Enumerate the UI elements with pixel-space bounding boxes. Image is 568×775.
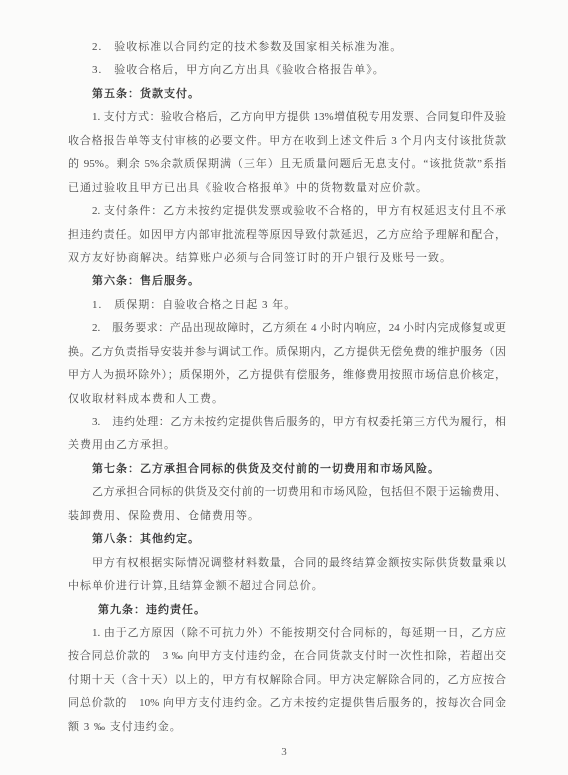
- text-line: 额 3 ‰ 支付违约金。: [68, 716, 506, 739]
- clause-heading-line: 第七条：乙方承担合同标的供货及交付前的一切费用和市场风险。: [68, 458, 506, 481]
- text-line: 3. 验收合格后，甲方向乙方出具《验收合格报告单》。: [68, 59, 506, 82]
- text-line: 2. 验收标准以合同约定的技术参数及国家相关标准为准。: [68, 36, 506, 59]
- text-line: 1. 质保期：自验收合格之日起 3 年。: [68, 294, 506, 317]
- text-line: 换。乙方负责指导安装并参与调试工作。质保期内，乙方提供无偿免费的维护服务（因: [68, 341, 506, 364]
- text-line: 关费用由乙方承担。: [68, 434, 506, 457]
- text-line: 担违约责任。如因甲方内部审批流程等原因导致付款延迟，乙方应给予理解和配合，: [68, 224, 506, 247]
- text-line: 甲方人为损坏除外）；质保期外，乙方提供有偿服务，维修费用按照市场信息价核定，: [68, 364, 506, 387]
- clause-heading-line: 第八条：其他约定。: [68, 528, 506, 551]
- text-line: 中标单价进行计算,且结算金额不超过合同总价。: [68, 575, 506, 598]
- text-line: 装卸费用、保险费用、仓储费用等。: [68, 505, 506, 528]
- text-line: 的 95%。剩余 5%余款质保期满（三年）且无质量问题后无息支付。“该批货款”系…: [68, 153, 506, 176]
- text-line: 乙方承担合同标的供货及交付前的一切费用和市场风险，包括但不限于运输费用、: [68, 481, 506, 504]
- text-line: 2. 支付条件：乙方未按约定提供发票或验收不合格的，甲方有权延迟支付且不承: [68, 200, 506, 223]
- text-line: 2. 服务要求：产品出现故障时，乙方须在 4 小时内响应，24 小时内完成修复或…: [68, 317, 506, 340]
- text-line: 同总价款的 10% 向甲方支付违约金。乙方未按约定提供售后服务的，按每次合同金: [68, 692, 506, 715]
- text-line: 已通过验收且甲方已出具《验收合格报单》中的货物数量对应价款。: [68, 177, 506, 200]
- clause-heading-line: 第六条：售后服务。: [68, 270, 506, 293]
- contract-body-text: 2. 验收标准以合同约定的技术参数及国家相关标准为准。3. 验收合格后，甲方向乙…: [68, 36, 506, 739]
- page-number: 3: [0, 744, 568, 760]
- text-line: 甲方有权根据实际情况调整材料数量，合同的最终结算金额按实际供货数量乘以: [68, 552, 506, 575]
- text-line: 双方友好协商解决。结算账户必须与合同签订时的开户银行及账号一致。: [68, 247, 506, 270]
- text-line: 收合格报告单等支付审核的必要文件。甲方在收到上述文件后 3 个月内支付该批货款: [68, 130, 506, 153]
- text-line: 仅收取材料成本费和人工费。: [68, 388, 506, 411]
- text-line: 1. 由于乙方原因（除不可抗力外）不能按期交付合同标的，每延期一日，乙方应: [68, 622, 506, 645]
- clause-heading-line: 第五条：货款支付。: [68, 83, 506, 106]
- clause-heading-line: 第九条：违约责任。: [68, 599, 506, 622]
- text-line: 付期十天（含十天）以上的，甲方有权解除合同。甲方决定解除合同的，乙方应按合: [68, 669, 506, 692]
- text-line: 3. 违约处理：乙方未按约定提供售后服务的，甲方有权委托第三方代为履行，相: [68, 411, 506, 434]
- text-line: 按合同总价款的 3 ‰ 向甲方支付违约金，在合同货款支付时一次性扣除，若超出交: [68, 645, 506, 668]
- contract-document-page: 2. 验收标准以合同约定的技术参数及国家相关标准为准。3. 验收合格后，甲方向乙…: [0, 0, 568, 775]
- text-line: 1. 支付方式：验收合格后，乙方向甲方提供 13%增值税专用发票、合同复印件及验: [68, 106, 506, 129]
